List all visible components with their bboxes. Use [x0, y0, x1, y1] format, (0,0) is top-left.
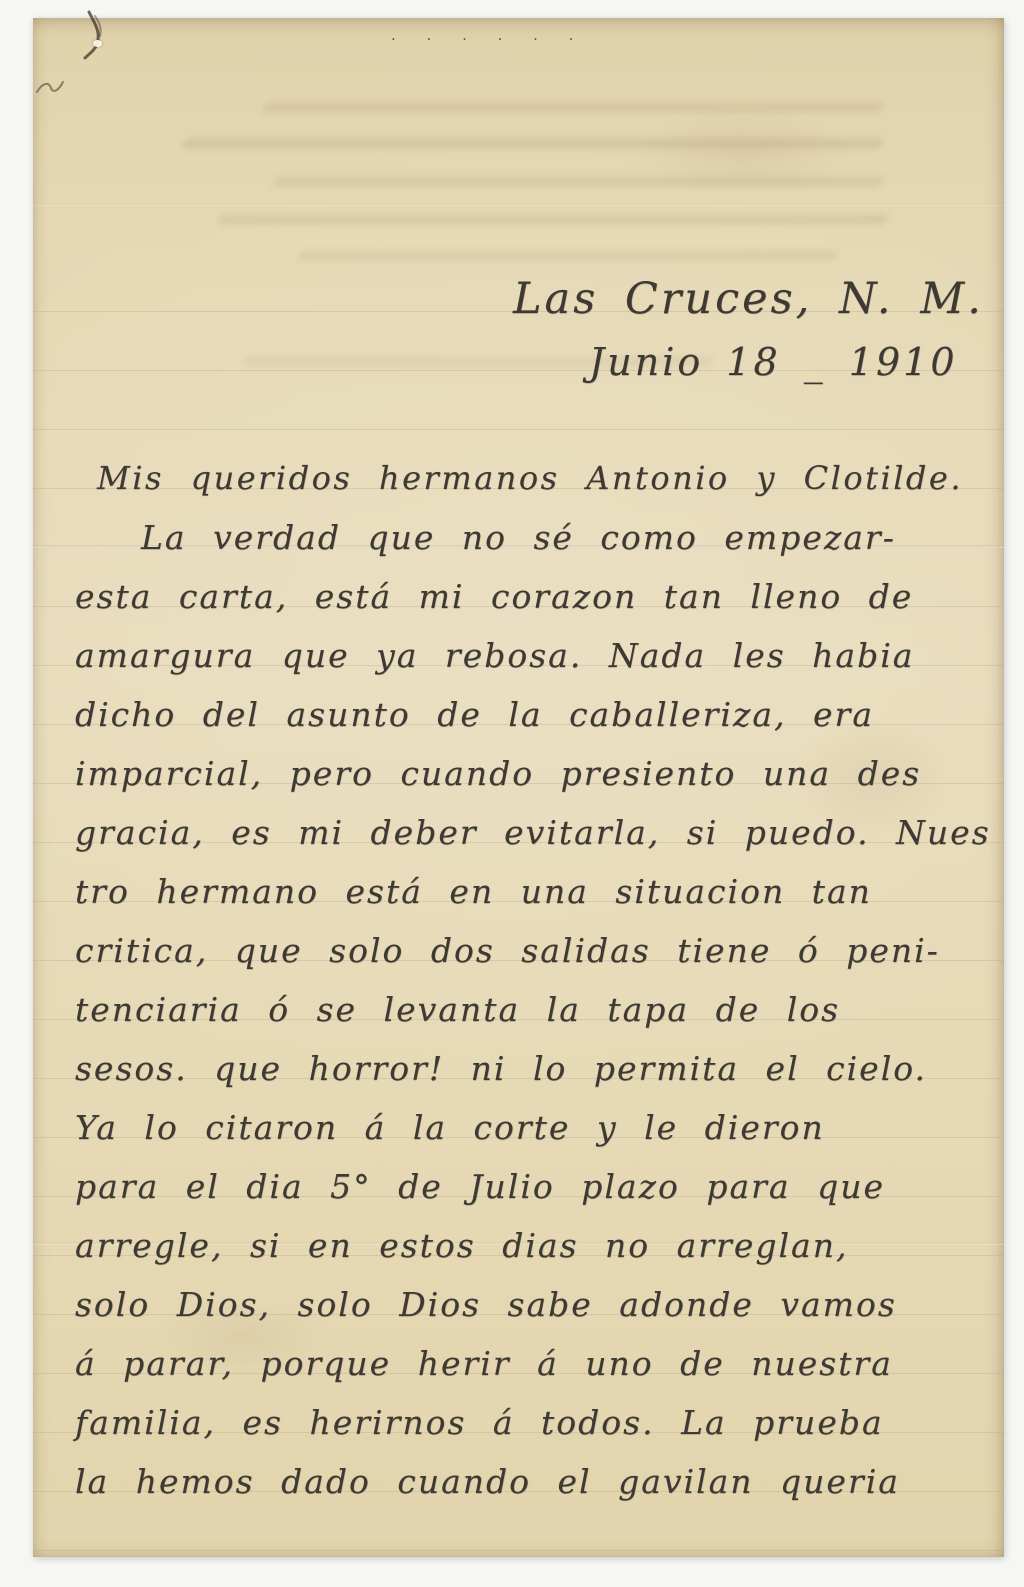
- handwriting-line: imparcial, pero cuando presiento una des: [75, 744, 992, 803]
- dateline-date: Junio 18 _ 1910: [589, 340, 958, 384]
- handwriting-line: solo Dios, solo Dios sabe adonde vamos: [75, 1275, 992, 1334]
- paper-stain: [633, 108, 853, 198]
- corner-tear-mark: [75, 10, 145, 80]
- handwriting-line: tro hermano está en una situacion tan: [75, 862, 992, 921]
- handwriting-line: á parar, porque herir á uno de nuestra: [75, 1334, 992, 1393]
- fold-crease: [33, 203, 1004, 206]
- scanned-letter-screenshot: { "colors":{ "background":"#f6f6f4", "pa…: [0, 0, 1024, 1587]
- dateline-place: Las Cruces, N. M.: [513, 274, 984, 324]
- handwriting-line: la hemos dado cuando el gavilan queria: [75, 1452, 992, 1511]
- handwriting-line: gracia, es mi deber evitarla, si puedo. …: [75, 803, 992, 862]
- ink-bleed-through: [271, 176, 885, 187]
- letter-body: Mis queridos hermanos Antonio y Clotilde…: [75, 449, 992, 1511]
- handwriting-line: familia, es herirnos á todos. La prueba: [75, 1393, 992, 1452]
- paper-nick: [93, 40, 102, 47]
- handwriting-line: tenciaria ó se levanta la tapa de los: [75, 980, 992, 1039]
- handwriting-line: Ya lo citaron á la corte y le dieron: [75, 1098, 992, 1157]
- handwriting-line: esta carta, está mi corazon tan lleno de: [75, 567, 992, 626]
- handwriting-line: arregle, si en estos dias no arreglan,: [75, 1216, 992, 1275]
- handwriting-line: La verdad que no sé como empezar-: [75, 508, 992, 567]
- handwriting-line: critica, que solo dos salidas tiene ó pe…: [75, 921, 992, 980]
- edge-pencil-mark: [33, 74, 67, 100]
- salutation-line: Mis queridos hermanos Antonio y Clotilde…: [75, 449, 992, 508]
- ink-bleed-through: [181, 138, 885, 149]
- ink-bleed-through: [216, 214, 890, 225]
- handwriting-line: dicho del asunto de la caballeriza, era: [75, 685, 992, 744]
- handwriting-line: amargura que ya rebosa. Nada les habia: [75, 626, 992, 685]
- handwriting-line: sesos. que horror! ni lo permita el ciel…: [75, 1039, 992, 1098]
- letter-page: . . . . . . Las Cruces, N. M. Junio 18 _…: [33, 18, 1004, 1557]
- ink-bleed-through: [261, 102, 885, 113]
- ink-dots: . . . . . .: [391, 26, 586, 44]
- handwriting-line: para el dia 5° de Julio plazo para que: [75, 1157, 992, 1216]
- ink-bleed-through: [296, 250, 840, 261]
